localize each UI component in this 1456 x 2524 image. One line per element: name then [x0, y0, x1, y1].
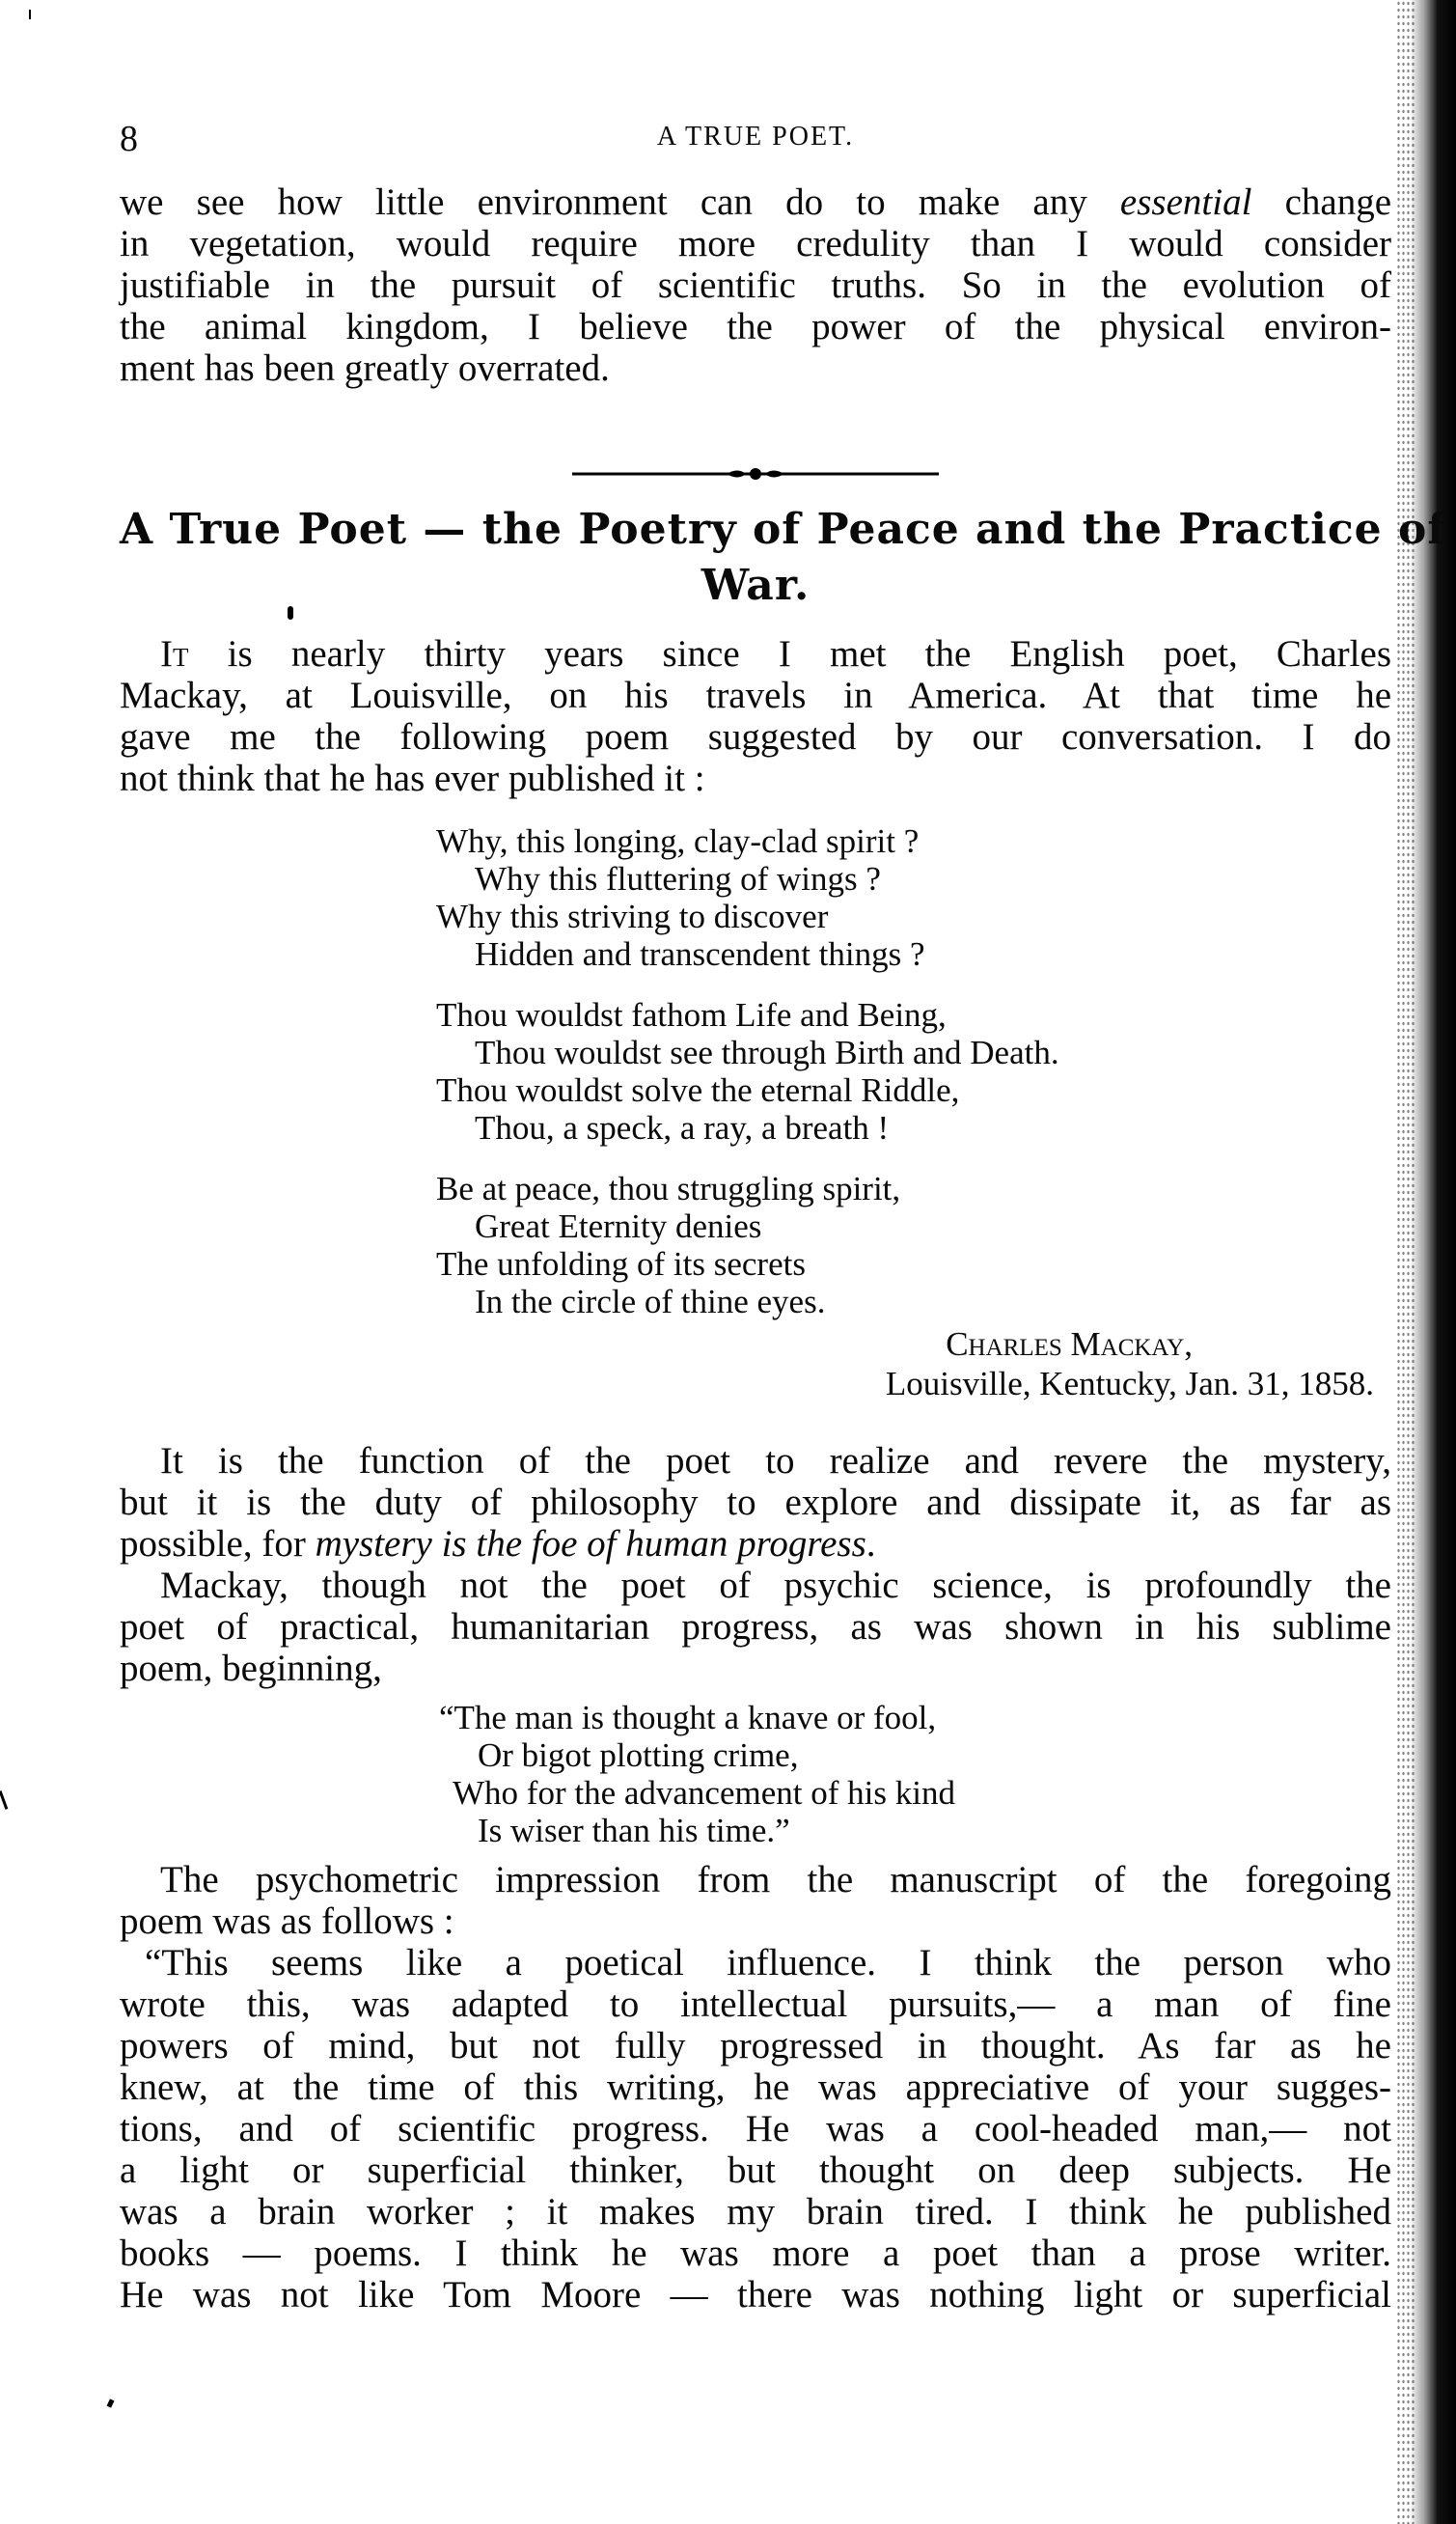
poem-line: Be at peace, thou struggling spirit,	[436, 1170, 1059, 1207]
signature-place-date: Louisville, Kentucky, Jan. 31, 1858.	[886, 1364, 1374, 1403]
text-line: Mackay, though not the poet of psychic s…	[120, 1565, 1391, 1606]
poem-line: “The man is thought a knave or fool,	[439, 1699, 955, 1736]
poem-mackay: Why, this longing, clay-clad spirit ? Wh…	[436, 822, 1059, 1344]
text-line: possible, for mystery is the foe of huma…	[120, 1523, 1391, 1565]
quoted-poem: “The man is thought a knave or fool, Or …	[439, 1699, 955, 1849]
poem-line: Thou wouldst solve the eternal Riddle,	[436, 1071, 1059, 1109]
paragraph-intro: It is nearly thirty years since I met th…	[120, 633, 1391, 799]
poem-line: Thou, a speck, a ray, a breath !	[436, 1109, 1059, 1147]
text-line: Mackay, at Louisville, on his travels in…	[120, 675, 1391, 716]
poem-stanza: Be at peace, thou struggling spirit, Gre…	[436, 1170, 1059, 1320]
text-line: gave me the following poem suggested by …	[120, 716, 1391, 758]
text-line: It is nearly thirty years since I met th…	[120, 633, 1391, 675]
ornamental-rule-divider	[572, 467, 939, 481]
poem-line: Why, this longing, clay-clad spirit ?	[436, 822, 1059, 860]
poem-line: Why this striving to discover	[436, 898, 1059, 935]
text-line: was a brain worker ; it makes my brain t…	[120, 2191, 1391, 2233]
paragraph-psychometric: The psychometric impression from the man…	[120, 1859, 1391, 1942]
ink-speck	[288, 606, 293, 620]
poem-line: In the circle of thine eyes.	[436, 1283, 1059, 1320]
lead-small-caps: It	[160, 633, 188, 675]
running-head: 8 A TRUE POET.	[120, 118, 1391, 160]
poem-line: Thou wouldst see through Birth and Death…	[436, 1034, 1059, 1071]
text-line: a light or superficial thinker, but thou…	[120, 2150, 1391, 2191]
text-line: in vegetation, would require more credul…	[120, 223, 1391, 264]
scanned-page-edge	[1410, 0, 1456, 2524]
section-title-line-1: A True Poet — the Poetry of Peace and th…	[120, 502, 1391, 558]
text-line: poem, beginning,	[120, 1648, 1391, 1689]
poem-line: Who for the advancement of his kind	[439, 1774, 955, 1812]
poem-line: Thou wouldst fathom Life and Being,	[436, 996, 1059, 1034]
text-line: books — poems. I think he was more a poe…	[120, 2233, 1391, 2274]
poem-line: Hidden and transcendent things ?	[436, 935, 1059, 973]
text-line: tions, and of scientific progress. He wa…	[120, 2108, 1391, 2150]
text-line: ment has been greatly overrated.	[120, 347, 1391, 389]
text-line: It is the function of the poet to realiz…	[120, 1440, 1391, 1482]
text-line: He was not like Tom Moore — there was no…	[120, 2274, 1391, 2316]
poem-line: Great Eternity denies	[436, 1207, 1059, 1245]
poem-line: Why this fluttering of wings ?	[436, 860, 1059, 898]
emphasis: mystery is the foe of human progress	[316, 1523, 866, 1565]
text-line: not think that he has ever published it …	[120, 758, 1391, 799]
text-line: “This seems like a poetical influence. I…	[120, 1942, 1391, 1983]
text-line: justifiable in the pursuit of scientific…	[120, 264, 1391, 306]
text-line: poet of practical, humanitarian progress…	[120, 1606, 1391, 1648]
signature-name: Charles Mackay,	[886, 1324, 1374, 1364]
section-title: A True Poet — the Poetry of Peace and th…	[120, 502, 1391, 614]
ink-speck	[107, 2399, 115, 2407]
text-line: knew, at the time of this writing, he wa…	[120, 2066, 1391, 2108]
poem-signature: Charles Mackay, Louisville, Kentucky, Ja…	[886, 1324, 1374, 1403]
paragraph-psychometric-quote: “This seems like a poetical influence. I…	[120, 1942, 1391, 2316]
emphasis: essential	[1120, 181, 1251, 223]
paragraph-mackay: Mackay, though not the poet of psychic s…	[120, 1565, 1391, 1689]
text-line: but it is the duty of philosophy to expl…	[120, 1482, 1391, 1523]
text-line: the animal kingdom, I believe the power …	[120, 306, 1391, 347]
text-line: The psychometric impression from the man…	[120, 1859, 1391, 1900]
book-page: 8 A TRUE POET. we see how little environ…	[0, 0, 1456, 2524]
section-title-line-2: War.	[120, 558, 1391, 614]
ink-speck	[29, 10, 31, 19]
ink-speck	[0, 1790, 8, 1810]
text-line: we see how little environment can do to …	[120, 181, 1391, 223]
poem-line: The unfolding of its secrets	[436, 1245, 1059, 1283]
running-head-title: A TRUE POET.	[120, 122, 1391, 153]
poem-stanza: Thou wouldst fathom Life and Being, Thou…	[436, 996, 1059, 1147]
poem-stanza: Why, this longing, clay-clad spirit ? Wh…	[436, 822, 1059, 973]
poem-line: Or bigot plotting crime,	[439, 1736, 955, 1774]
paragraph-continued: we see how little environment can do to …	[120, 181, 1391, 389]
text-line: poem was as follows :	[120, 1900, 1391, 1942]
text-line: powers of mind, but not fully progressed…	[120, 2025, 1391, 2066]
poem-line: Is wiser than his time.”	[439, 1812, 955, 1849]
text-line: wrote this, was adapted to intellectual …	[120, 1983, 1391, 2025]
paragraph-function-of-poet: It is the function of the poet to realiz…	[120, 1440, 1391, 1565]
